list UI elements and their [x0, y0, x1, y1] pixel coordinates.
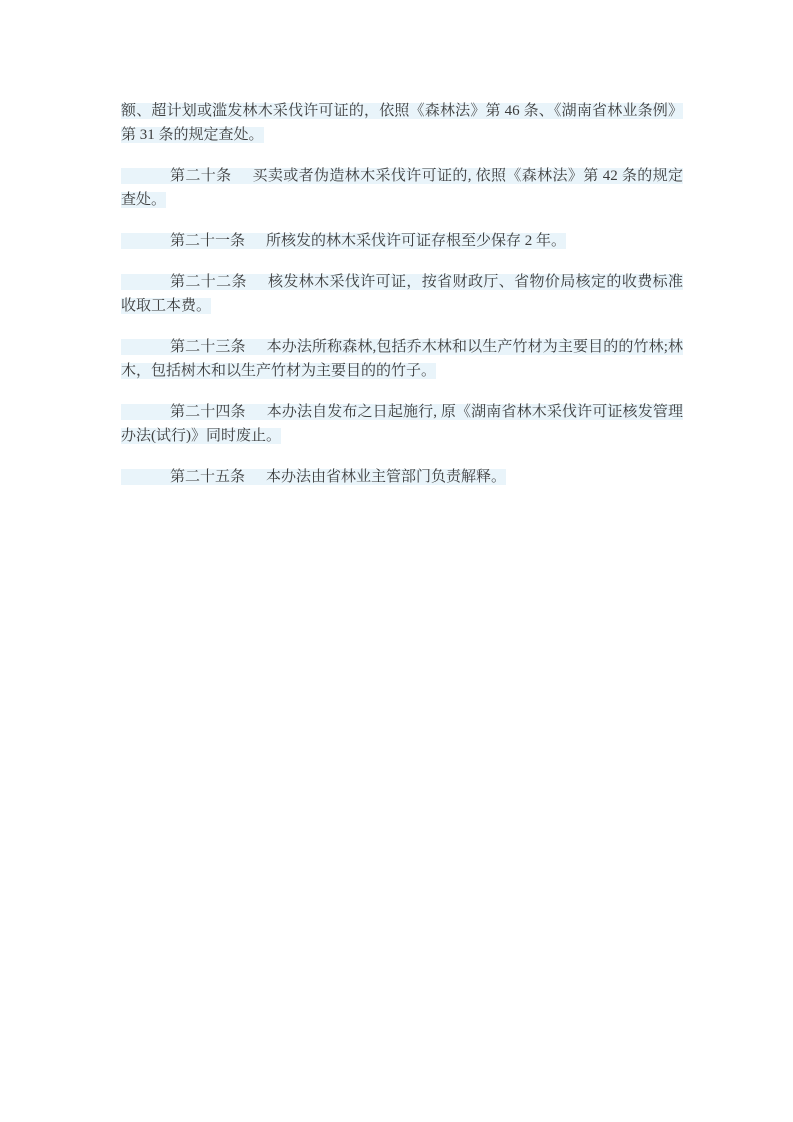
article-text: 额、超计划或滥发林木采伐许可证的，依照《森林法》第 46 条、《湖南省林业条例》… — [121, 103, 683, 143]
article-paragraph: 第二十一条所核发的林木采伐许可证存根至少保存 2 年。 — [121, 229, 683, 253]
article-paragraph: 第二十条买卖或者伪造林木采伐许可证的, 依照《森林法》第 42 条的规定查处。 — [121, 164, 683, 212]
article-text: 所核发的林木采伐许可证存根至少保存 2 年。 — [266, 233, 566, 249]
article-number: 第二十一条 — [170, 233, 245, 249]
article-number: 第二十三条 — [170, 339, 246, 355]
article-paragraph: 第二十五条本办法由省林业主管部门负责解释。 — [121, 465, 683, 489]
article-paragraph: 额、超计划或滥发林木采伐许可证的，依照《森林法》第 46 条、《湖南省林业条例》… — [121, 99, 683, 147]
article-paragraph: 第二十四条本办法自发布之日起施行, 原《湖南省林木采伐许可证核发管理办法(试行)… — [121, 400, 683, 448]
article-number: 第二十五条 — [170, 469, 245, 485]
article-number: 第二十条 — [170, 168, 232, 184]
document-page: 额、超计划或滥发林木采伐许可证的，依照《森林法》第 46 条、《湖南省林业条例》… — [0, 0, 683, 489]
article-paragraph: 第二十三条本办法所称森林,包括乔木林和以生产竹材为主要目的的竹林;林木，包括树木… — [121, 335, 683, 383]
article-paragraph: 第二十二条核发林木采伐许可证，按省财政厅、省物价局核定的收费标准收取工本费。 — [121, 270, 683, 318]
article-number: 第二十四条 — [170, 404, 246, 420]
article-text: 本办法由省林业主管部门负责解释。 — [266, 469, 506, 485]
article-number: 第二十二条 — [170, 274, 247, 290]
